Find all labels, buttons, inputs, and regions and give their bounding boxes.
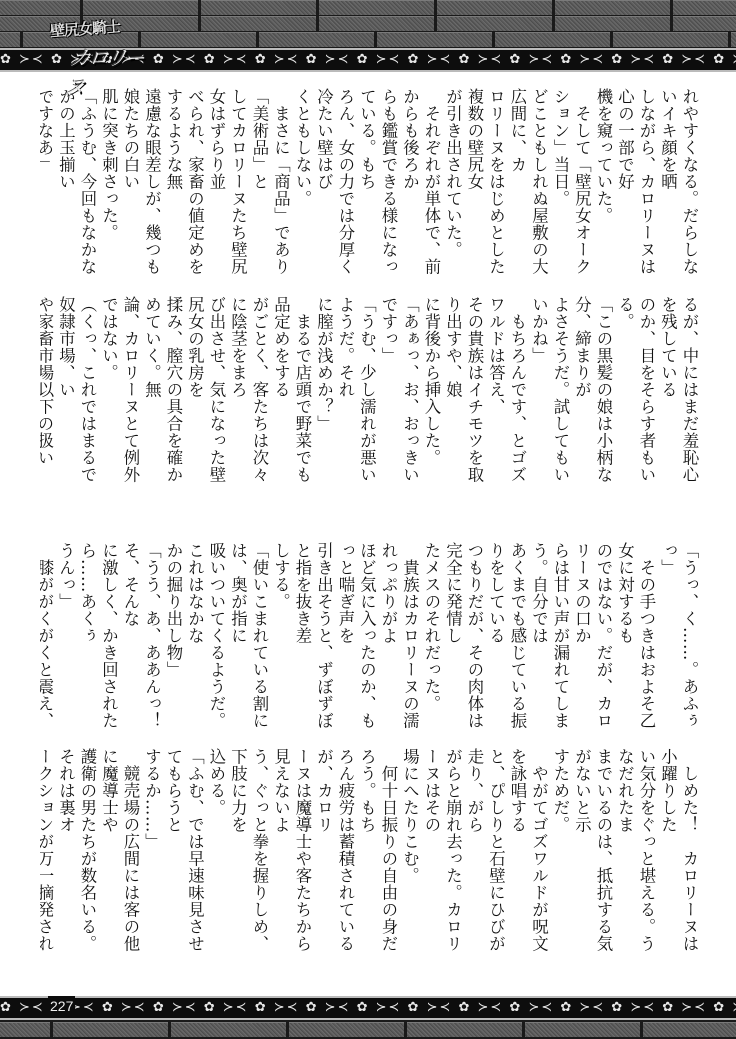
text-line: 場にへたりこむ。	[399, 748, 421, 963]
text-line: よさそうだ。試してもいいかね」	[528, 296, 571, 494]
series-logo: 壁尻女騎士 カロリーヌ	[46, 18, 146, 78]
text-line: すためだ。	[550, 748, 572, 963]
text-line: 肌に突き刺さった。	[98, 88, 120, 286]
text-tier-1: れやすくなる。だらしないイキ顔を晒 しながら、カロリーヌは心の一部で好 機を窺っ…	[40, 88, 700, 286]
text-line: う、ぐっと拳を握りしめ、下肢に力を	[227, 748, 270, 963]
text-line: らも鑑賞できる様になっている。もち	[356, 88, 399, 286]
text-line: 「うっ、く……。あふぅっ」	[657, 542, 700, 740]
text-line: 「使いこまれている割には、奥が指に	[227, 542, 270, 740]
text-line: までいるのは、抵抗する気がないと示	[571, 748, 614, 963]
text-line: その手つきはおよそ乙女に対するも	[614, 542, 657, 740]
text-tier-3: 「うっ、く……。あふぅっ」 その手つきはおよそ乙女に対するも のではない。だが、…	[40, 542, 700, 740]
text-line: い気分をぐっと堪える。うなだれたま	[614, 748, 657, 963]
text-line: に背後から挿入した。	[421, 296, 443, 494]
text-line: かの掘り出し物」	[163, 542, 185, 740]
text-line: が引き出されていた。	[442, 88, 464, 286]
text-line: 膝ががくがくと震え、カロリーヌは	[40, 542, 55, 740]
text-line: くともしない。	[292, 88, 314, 286]
text-line: のではない。だが、カロリーヌの口か	[571, 542, 614, 740]
text-line: 吸いついてくるようだ。これはなかな	[184, 542, 227, 740]
footer-ornamental-border: ✿ ≻≺ ✿ ≻≺ ✿ ≻≺ ✿ ≻≺ ✿ ≻≺ ✿ ≻≺ ✿ ≻≺ ✿ ≻≺ …	[0, 996, 736, 1020]
text-line: 遠慮な眼差しが、幾つも娘たちの白い	[120, 88, 163, 286]
page-number: 227	[48, 996, 75, 1016]
footer-brick-wall	[0, 1020, 736, 1039]
text-tier-2: るが、中にはまだ羞恥心を残している のか、目をそらす者もいる。 「この黒髪の娘は…	[40, 296, 700, 494]
text-line: 護衛の男たちが数名いる。それは裏オ	[55, 748, 98, 963]
text-line: 「うう、あ、ああんっ！ そ、そんな	[120, 542, 163, 740]
text-line: しする。	[270, 542, 292, 740]
text-line: 込める。	[206, 748, 228, 963]
text-line: 貴族はカロリーヌの濡れっぷりがよ	[378, 542, 421, 740]
text-line: ロリーヌをはじめとした複数の壁尻女	[464, 88, 507, 286]
text-line: まさに「商品」であり「美術品」と	[249, 88, 292, 286]
text-line: 引き出そうと、ずぼずぼと指を抜き差	[292, 542, 335, 740]
text-line: その貴族はイチモツを取り出すや、娘	[442, 296, 485, 494]
text-line: 「うむ、少し濡れが悪いようだ。それ	[335, 296, 378, 494]
text-line: どこともしれぬ屋敷の大広間に、カ	[507, 88, 550, 286]
text-line: あくまでも感じている振りをしている	[485, 542, 528, 740]
text-line: れやすくなる。だらしないイキ顔を晒	[657, 88, 700, 286]
text-line: うんっ」	[55, 542, 77, 740]
text-line: するか……」	[141, 748, 163, 963]
text-line: に膣が浅めか？」	[313, 296, 335, 494]
text-line: それぞれが単体で、前からも後ろか	[399, 88, 442, 286]
text-line: 「あぁっ、お、おっきいですっ」	[378, 296, 421, 494]
text-line: ほど気に入ったのか、もっと喘ぎ声を	[335, 542, 378, 740]
text-line: まるで店頭で野菜でも品定めをする	[270, 296, 313, 494]
text-line: しめた！ カロリーヌは小躍りした	[657, 748, 700, 963]
text-line: そして「壁尻女オークション」当日。	[550, 88, 593, 286]
text-line: ろん疲労は蓄積されているが、カロリ	[313, 748, 356, 963]
text-line: 競売場の広間には客の他に魔導士や	[98, 748, 141, 963]
logo-title-line2: カロリーヌ	[62, 42, 152, 100]
logo-title-line1: 壁尻女騎士	[49, 16, 120, 42]
text-line: るが、中にはまだ羞恥心を残している	[657, 296, 700, 494]
text-line: つもりだが、その肉体は完全に発情し	[442, 542, 485, 740]
text-line: しながら、カロリーヌは心の一部で好	[614, 88, 657, 286]
text-line: もちろんです、とゴズワルドは答え、	[485, 296, 528, 494]
text-line: してカロリーヌたち壁尻女はずらり並	[206, 88, 249, 286]
text-line: び出させ、気になった壁尻女の乳房を	[184, 296, 227, 494]
text-line: ーヌは魔導士や客たちから見えないよ	[270, 748, 313, 963]
text-line: 「この黒髪の娘は小柄な分、締まりが	[571, 296, 614, 494]
text-line: らは甘い声が漏れてしまう。自分では	[528, 542, 571, 740]
text-line: ークションが万一摘発されたときのた	[40, 748, 55, 963]
text-line: ろん、女の力では分厚く冷たい壁はび	[313, 88, 356, 286]
text-line: （くっ、これではまるで奴隷市場、い	[55, 296, 98, 494]
text-line: やがてゴズワルドが呪文を詠唱する	[507, 748, 550, 963]
text-line: 機を窺っていた。	[593, 88, 615, 286]
text-line: 「ふむ、では早速味見させてもらうと	[163, 748, 206, 963]
text-line: 「ふうむ、今回もなかなかの上玉揃い	[55, 88, 98, 286]
text-line: がごとく、客たちは次々に陰茎をまろ	[227, 296, 270, 494]
text-line: 何十日振りの自由の身だろう。もち	[356, 748, 399, 963]
text-tier-4: しめた！ カロリーヌは小躍りした い気分をぐっと堪える。うなだれたま までいるの…	[40, 748, 700, 963]
text-line: と、ぴしりと石壁にひびが走り、がら	[464, 748, 507, 963]
text-line: 揉み、膣穴の具合を確かめていく。無	[141, 296, 184, 494]
text-line: 論、カロリーヌとて例外ではない。	[98, 296, 141, 494]
text-line: ですなあ」	[40, 88, 55, 286]
text-line: たメスのそれだった。	[421, 542, 443, 740]
text-line: がらと崩れ去った。カロリーヌはその	[421, 748, 464, 963]
text-line: に激しく、かき回されたら……あくぅ	[77, 542, 120, 740]
text-line: べられ、家畜の値定めをするような無	[163, 88, 206, 286]
text-line: のか、目をそらす者もいる。	[614, 296, 657, 494]
text-line: や家畜市場以下の扱いだ！）	[40, 296, 55, 494]
